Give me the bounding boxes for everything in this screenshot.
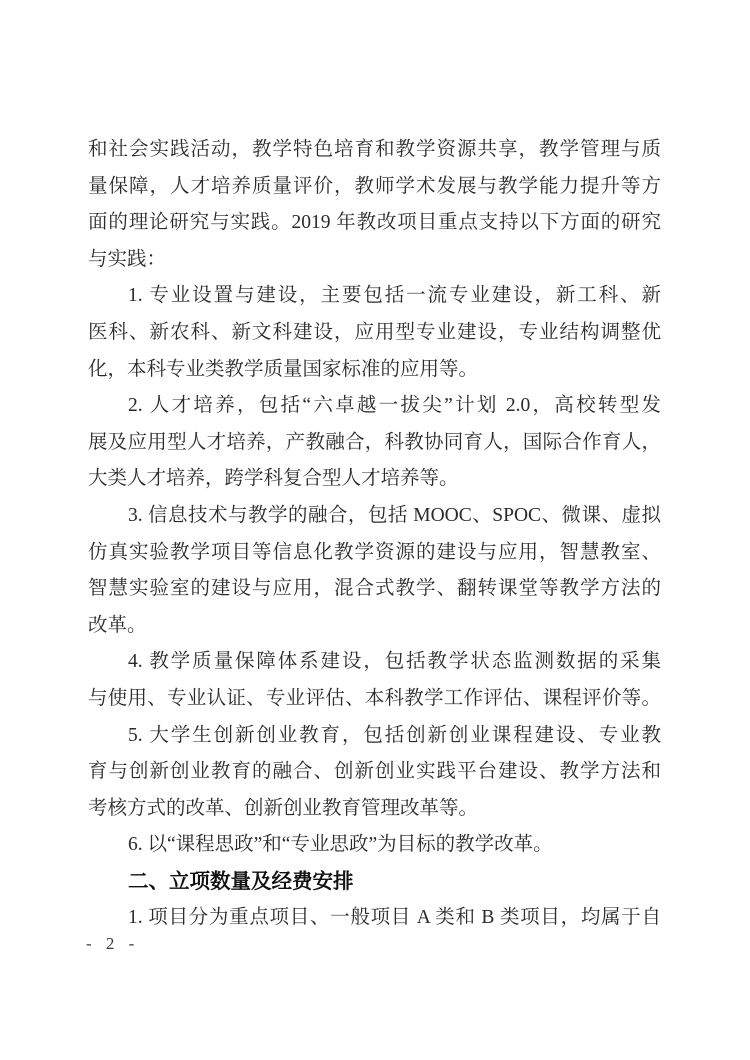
text-line: 大类人才培养，跨学科复合型人才培养等。: [88, 461, 661, 498]
text-line: 面的理论研究与实践。2019 年教改项目重点支持以下方面的研究: [88, 205, 661, 242]
text-line: 仿真实验教学项目等信息化教学资源的建设与应用，智慧教室、: [88, 535, 661, 572]
list-item-6-line: 6. 以“课程思政”和“专业思政”为目标的教学改革。: [88, 827, 661, 864]
section-heading: 二、立项数量及经费安排: [88, 864, 661, 901]
list-item-2-line: 2. 人才培养，包括“六卓越一拔尖”计划 2.0，高校转型发: [88, 388, 661, 425]
text-line: 与使用、专业认证、专业评估、本科教学工作评估、课程评价等。: [88, 681, 661, 718]
list-item-5-line: 5. 大学生创新创业教育，包括创新创业课程建设、专业教: [88, 718, 661, 755]
text-line: 与实践：: [88, 242, 661, 279]
text-line: 化，本科专业类教学质量国家标准的应用等。: [88, 352, 661, 389]
text-line: 和社会实践活动，教学特色培育和教学资源共享，教学管理与质: [88, 132, 661, 169]
text-line: 智慧实验室的建设与应用，混合式教学、翻转课堂等教学方法的: [88, 571, 661, 608]
list-item-1-line: 1. 专业设置与建设，主要包括一流专业建设，新工科、新: [88, 278, 661, 315]
list-item-3-line: 3. 信息技术与教学的融合，包括 MOOC、SPOC、微课、虚拟: [88, 498, 661, 535]
text-line: 改革。: [88, 608, 661, 645]
text-line: 医科、新农科、新文科建设，应用型专业建设，专业结构调整优: [88, 315, 661, 352]
text-line: 量保障，人才培养质量评价，教师学术发展与教学能力提升等方: [88, 169, 661, 206]
document-body: 和社会实践活动，教学特色培育和教学资源共享，教学管理与质 量保障，人才培养质量评…: [88, 132, 661, 937]
text-line: 育与创新创业教育的融合、创新创业实践平台建设、教学方法和: [88, 754, 661, 791]
text-line: 1. 项目分为重点项目、一般项目 A 类和 B 类项目，均属于自: [88, 900, 661, 937]
text-line: 展及应用型人才培养，产教融合，科教协同育人，国际合作育人，: [88, 425, 661, 462]
list-item-4-line: 4. 教学质量保障体系建设，包括教学状态监测数据的采集: [88, 644, 661, 681]
text-line: 考核方式的改革、创新创业教育管理改革等。: [88, 791, 661, 828]
page-number: - 2 -: [86, 934, 139, 954]
document-page: 和社会实践活动，教学特色培育和教学资源共享，教学管理与质 量保障，人才培养质量评…: [0, 0, 750, 1060]
